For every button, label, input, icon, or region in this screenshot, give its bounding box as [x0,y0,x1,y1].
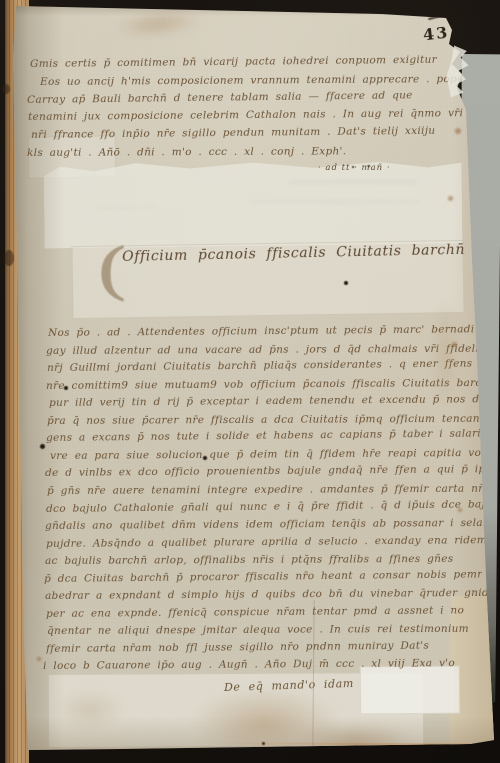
foxing-spot [37,657,41,661]
ink-blot [368,165,370,167]
stain [430,298,462,410]
foxing-spot [458,508,462,512]
manuscript-line: gay illud alzentur ad una vacare ad p̄ns… [46,342,485,356]
manuscript-line: kls aug'ti . Añō . dn̄i . m'o . ccc . xl… [27,145,346,159]
prev-page-ink-mark [4,250,14,266]
manuscript-line: q̄nentar ne aliqui dnespe jmitar alequa … [47,623,469,637]
ink-blot [40,444,45,449]
ink-blot [64,386,68,390]
ink-blot [203,456,207,460]
manuscript-line: ac bajulis barchn̄ arlop, offinalibs nr̄… [45,553,453,567]
paper-patch [360,666,460,715]
prev-page-ink-mark [2,84,10,94]
folio-number: 43 [422,23,450,45]
stain [55,690,125,730]
ink-blot [352,166,354,168]
manuscript-line: vre ea para siue solucion que p̄ deim ti… [50,446,487,461]
manuscript-line: nr̄e comittim9 siue mutuam9 vob officium… [46,376,496,391]
ink-blot [344,281,348,285]
foxing-spot [448,196,453,201]
manuscript-line: p̄ra q̄ nos siue p̄carer nr̄e ffiscalis … [47,412,500,426]
manuscript-page: 43 Gmis certis p̄ comitimen bn̄ vicarij … [0,0,500,763]
note-line: · ad tt · mañ · [318,163,391,173]
foxing-spot [455,128,461,134]
manuscript-line: p̄ gn̄s nr̄e auere tenamini integre expe… [47,483,500,497]
